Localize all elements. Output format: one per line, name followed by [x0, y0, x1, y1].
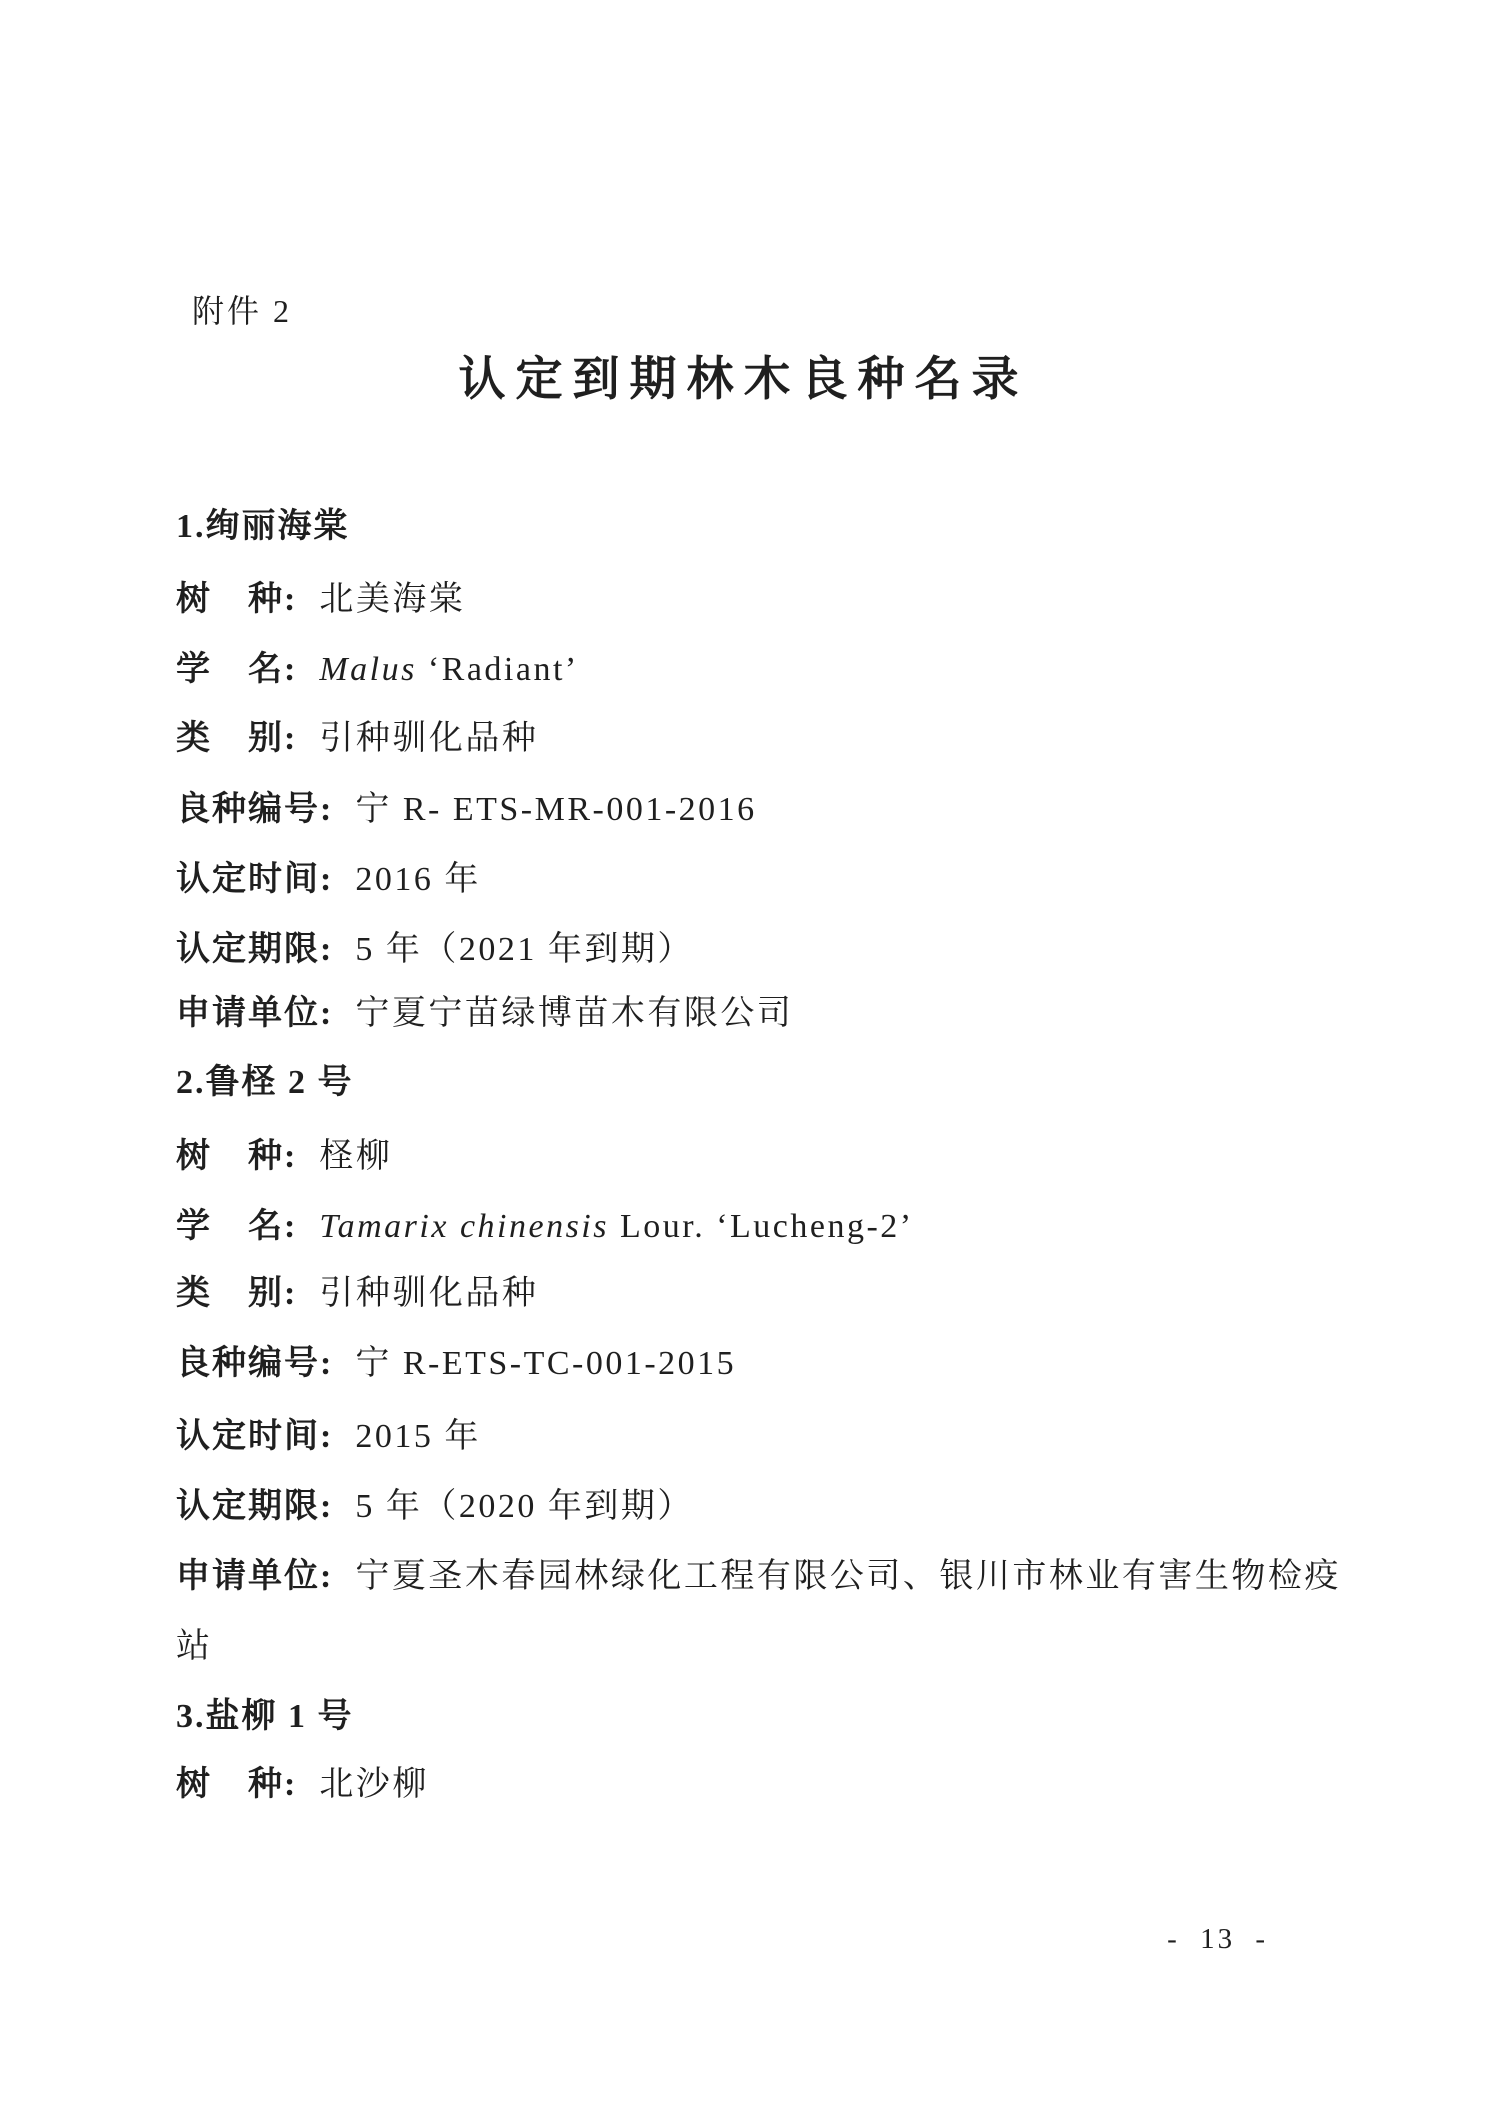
field-value: 北沙柳	[319, 1766, 429, 1803]
field-value: 宁夏宁苗绿博苗木有限公司	[355, 995, 793, 1032]
field-label: 学 名:	[176, 651, 297, 688]
entry-1-field-category: 类 别:引种驯化品种	[176, 704, 1346, 774]
entry-1-field-scientific-name: 学 名:Malus ‘Radiant’	[176, 635, 1346, 705]
entry-2-field-scientific-name: 学 名:Tamarix chinensis Lour. ‘Lucheng-2’	[176, 1192, 1346, 1262]
field-value: 柽柳	[319, 1138, 392, 1175]
document-page: 附件 2 认定到期林木良种名录 1.绚丽海棠 树 种:北美海棠 学 名:Malu…	[0, 0, 1487, 2102]
scientific-name-cultivar: ‘Radiant’	[417, 651, 579, 688]
page-number: - 13 -	[1167, 1922, 1268, 1957]
field-value: 2015 年	[355, 1418, 481, 1455]
field-label: 学 名:	[176, 1208, 297, 1245]
entry-1-field-certification-time: 认定时间:2016 年	[176, 845, 1346, 915]
entry-3-heading: 3.盐柳 1 号	[176, 1682, 1346, 1752]
field-value: 5 年（2021 年到期）	[355, 931, 694, 968]
field-label: 树 种:	[176, 1138, 297, 1175]
entry-2-field-applicant: 申请单位:宁夏圣木春园林绿化工程有限公司、银川市林业有害生物检疫站	[176, 1542, 1346, 1682]
scientific-name-genus: Tamarix chinensis	[319, 1208, 609, 1245]
field-label: 申请单位:	[176, 1558, 333, 1595]
attachment-label: 附件 2	[192, 292, 292, 330]
field-label: 认定期限:	[176, 931, 333, 968]
entry-2-field-certification-time: 认定时间:2015 年	[176, 1402, 1346, 1472]
field-value: 5 年（2020 年到期）	[355, 1488, 694, 1525]
field-label: 申请单位:	[176, 995, 333, 1032]
field-value: 引种驯化品种	[319, 1275, 538, 1312]
entry-1-field-tree-species: 树 种:北美海棠	[176, 565, 1346, 635]
scientific-name-genus: Malus	[319, 651, 417, 688]
entry-1-field-applicant: 申请单位:宁夏宁苗绿博苗木有限公司	[176, 979, 1346, 1049]
entry-1-heading: 1.绚丽海棠	[176, 492, 1346, 562]
field-label: 认定时间:	[176, 1418, 333, 1455]
entry-2-heading: 2.鲁柽 2 号	[176, 1048, 1346, 1118]
scientific-name-cultivar: Lour. ‘Lucheng-2’	[609, 1208, 914, 1245]
field-label: 类 别:	[176, 720, 297, 757]
field-value: 宁夏圣木春园林绿化工程有限公司、银川市林业有害生物检疫站	[176, 1558, 1341, 1665]
field-label: 认定期限:	[176, 1488, 333, 1525]
field-label: 良种编号:	[176, 791, 333, 828]
field-label: 树 种:	[176, 1766, 297, 1803]
field-label: 树 种:	[176, 581, 297, 618]
field-label: 良种编号:	[176, 1345, 333, 1382]
entry-3-field-tree-species: 树 种:北沙柳	[176, 1750, 1346, 1820]
field-label: 认定时间:	[176, 861, 333, 898]
field-value: 宁 R-ETS-TC-001-2015	[355, 1345, 736, 1382]
field-label: 类 别:	[176, 1275, 297, 1312]
field-value: 引种驯化品种	[319, 720, 538, 757]
entry-1-field-variety-code: 良种编号:宁 R- ETS-MR-001-2016	[176, 775, 1346, 845]
entry-2-field-tree-species: 树 种:柽柳	[176, 1122, 1346, 1192]
entry-1-field-certification-period: 认定期限:5 年（2021 年到期）	[176, 915, 1346, 985]
field-value: 北美海棠	[319, 581, 465, 618]
entry-2-field-variety-code: 良种编号:宁 R-ETS-TC-001-2015	[176, 1329, 1346, 1399]
document-title: 认定到期林木良种名录	[0, 352, 1487, 406]
entry-2-field-category: 类 别:引种驯化品种	[176, 1259, 1346, 1329]
field-value: 宁 R- ETS-MR-001-2016	[355, 791, 756, 828]
entry-2-field-certification-period: 认定期限:5 年（2020 年到期）	[176, 1472, 1346, 1542]
field-value: 2016 年	[355, 861, 481, 898]
